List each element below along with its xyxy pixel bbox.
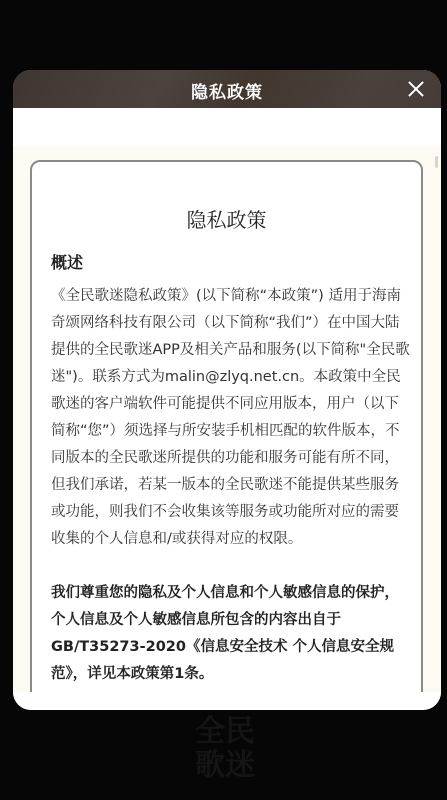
- scrollbar[interactable]: [435, 156, 438, 168]
- policy-paragraph-bold: 我们尊重您的隐私及个人信息和个人敏感信息的保护，个人信息及个人敏感信息所包含的内…: [51, 580, 413, 688]
- modal-title: 隐私政策: [13, 78, 441, 103]
- privacy-policy-modal: 隐私政策 隐私政策 概述 《全民歌迷隐私政策》(以下简称“本政策”) 适用于海南…: [13, 70, 441, 710]
- modal-header: 隐私政策: [13, 70, 441, 108]
- policy-card: 隐私政策 概述 《全民歌迷隐私政策》(以下简称“本政策”) 适用于海南奇颂网络科…: [30, 160, 423, 692]
- background-logo-text: 全民 歌迷: [175, 715, 275, 785]
- close-icon[interactable]: [403, 76, 429, 102]
- section-heading-overview: 概述: [51, 250, 83, 273]
- modal-footer: [13, 692, 441, 710]
- header-spacer: [13, 108, 441, 146]
- document-title: 隐私政策: [32, 204, 421, 233]
- policy-paragraph: 《全民歌迷隐私政策》(以下简称“本政策”) 适用于海南奇颂网络科技有限公司（以下…: [51, 283, 413, 553]
- policy-scroll-area[interactable]: 隐私政策 概述 《全民歌迷隐私政策》(以下简称“本政策”) 适用于海南奇颂网络科…: [13, 146, 441, 692]
